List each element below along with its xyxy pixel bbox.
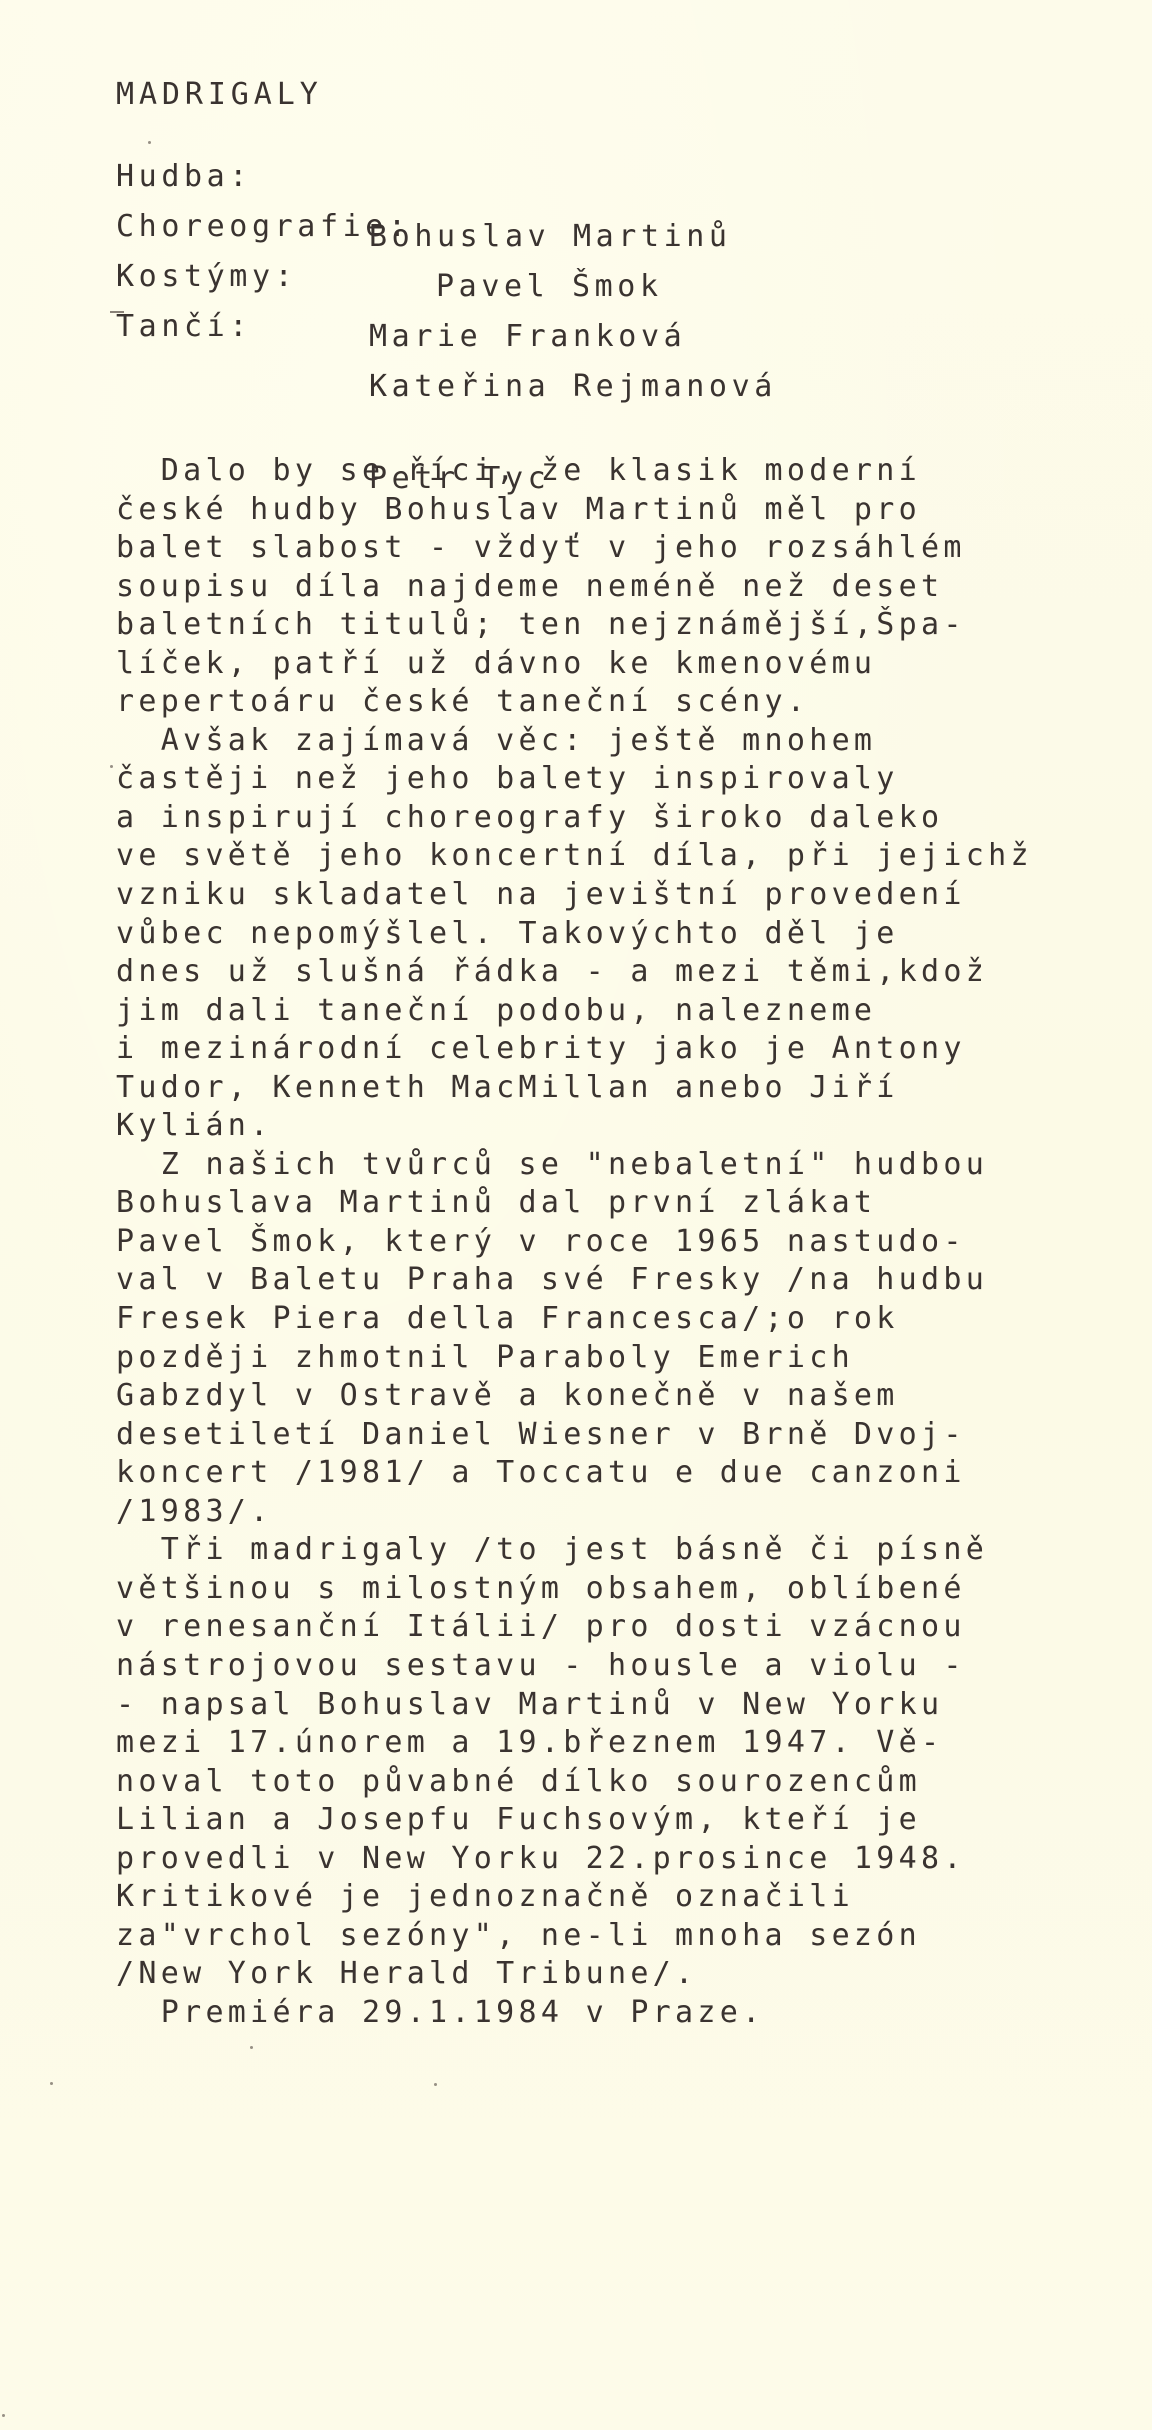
body-line: /1983/. — [116, 1497, 1033, 1536]
document-title: MADRIGALY — [116, 80, 323, 110]
body-line: nástrojovou sestavu - housle a violu - — [116, 1651, 1033, 1690]
body-line: jim dali taneční podobu, nalezneme — [116, 996, 1033, 1035]
credit-label: Kostýmy: — [116, 262, 297, 292]
body-line: balet slabost - vždyť v jeho rozsáhlém — [116, 533, 1033, 572]
body-line: vzniku skladatel na jevištní provedení — [116, 880, 1033, 919]
body-line: repertoáru české taneční scény. — [116, 687, 1033, 726]
body-line: baletních titulů; ten nejznámější,Špa- — [116, 610, 1033, 649]
body-line: Kylián. — [116, 1111, 1033, 1150]
body-line: za"vrchol sezóny", ne-li mnoha sezón — [116, 1921, 1033, 1960]
body-line: české hudby Bohuslav Martinů měl pro — [116, 495, 1033, 534]
body-line: Lilian a Josepfu Fuchsovým, kteří je — [116, 1805, 1033, 1844]
body-line: - napsal Bohuslav Martinů v New Yorku — [116, 1690, 1033, 1729]
body-line: Premiéra 29.1.1984 v Praze. — [116, 1998, 1033, 2037]
body-line: Pavel Šmok, který v roce 1965 nastudo- — [116, 1227, 1033, 1266]
body-line: Bohuslava Martinů dal první zlákat — [116, 1188, 1033, 1227]
credit-value-line: Kateřina Rejmanová — [369, 372, 777, 404]
body-line: Fresek Piera della Francesca/;o rok — [116, 1304, 1033, 1343]
body-line: Tři madrigaly /to jest básně či písně — [116, 1535, 1033, 1574]
body-line: Tudor, Kenneth MacMillan anebo Jiří — [116, 1073, 1033, 1112]
scanned-page: MADRIGALY Hudba: Bohuslav Martinů Choreo… — [0, 0, 1152, 2430]
body-line: soupisu díla najdeme neméně než deset — [116, 572, 1033, 611]
body-line: val v Baletu Praha své Fresky /na hudbu — [116, 1265, 1033, 1304]
body-line: častěji než jeho balety inspirovaly — [116, 764, 1033, 803]
scan-speck — [110, 765, 113, 768]
body-line: Z našich tvůrců se "nebaletní" hudbou — [116, 1150, 1033, 1189]
body-line: noval toto půvabné dílko sourozencům — [116, 1767, 1033, 1806]
body-line: provedli v New Yorku 22.prosince 1948. — [116, 1844, 1033, 1883]
body-line: Avšak zajímavá věc: ještě mnohem — [116, 726, 1033, 765]
scan-mark — [110, 311, 124, 313]
body-line: líček, patří už dávno ke kmenovému — [116, 649, 1033, 688]
scan-speck — [2, 2414, 5, 2417]
body-line: a inspirují choreografy široko daleko — [116, 803, 1033, 842]
body-line: /New York Herald Tribune/. — [116, 1959, 1033, 1998]
body-line: Dalo by se říci, že klasik moderní — [116, 456, 1033, 495]
scan-speck — [148, 141, 151, 144]
credit-label: Choreografie: — [116, 212, 411, 242]
body-line: později zhmotnil Paraboly Emerich — [116, 1343, 1033, 1382]
scan-speck — [250, 2046, 253, 2049]
body-line: ve světě jeho koncertní díla, při jejich… — [116, 841, 1033, 880]
body-line: většinou s milostným obsahem, oblíbené — [116, 1574, 1033, 1613]
scan-speck — [434, 2083, 437, 2086]
body-line: Kritikové je jednoznačně označili — [116, 1882, 1033, 1921]
body-line: i mezinárodní celebrity jako je Antony — [116, 1034, 1033, 1073]
body-line: v renesanční Itálii/ pro dosti vzácnou — [116, 1612, 1033, 1651]
credit-label: Tančí: — [116, 312, 252, 342]
credit-label: Hudba: — [116, 162, 252, 192]
body-line: dnes už slušná řádka - a mezi těmi,kdož — [116, 957, 1033, 996]
scan-speck — [50, 2082, 53, 2085]
body-line: koncert /1981/ a Toccatu e due canzoni — [116, 1458, 1033, 1497]
body-line: mezi 17.únorem a 19.březnem 1947. Vě- — [116, 1728, 1033, 1767]
body-line: vůbec nepomýšlel. Takovýchto děl je — [116, 919, 1033, 958]
body-line: Gabzdyl v Ostravě a konečně v našem — [116, 1381, 1033, 1420]
body-line: desetiletí Daniel Wiesner v Brně Dvoj- — [116, 1420, 1033, 1459]
body-text: Dalo by se říci, že klasik moderníčeské … — [116, 456, 1033, 2036]
